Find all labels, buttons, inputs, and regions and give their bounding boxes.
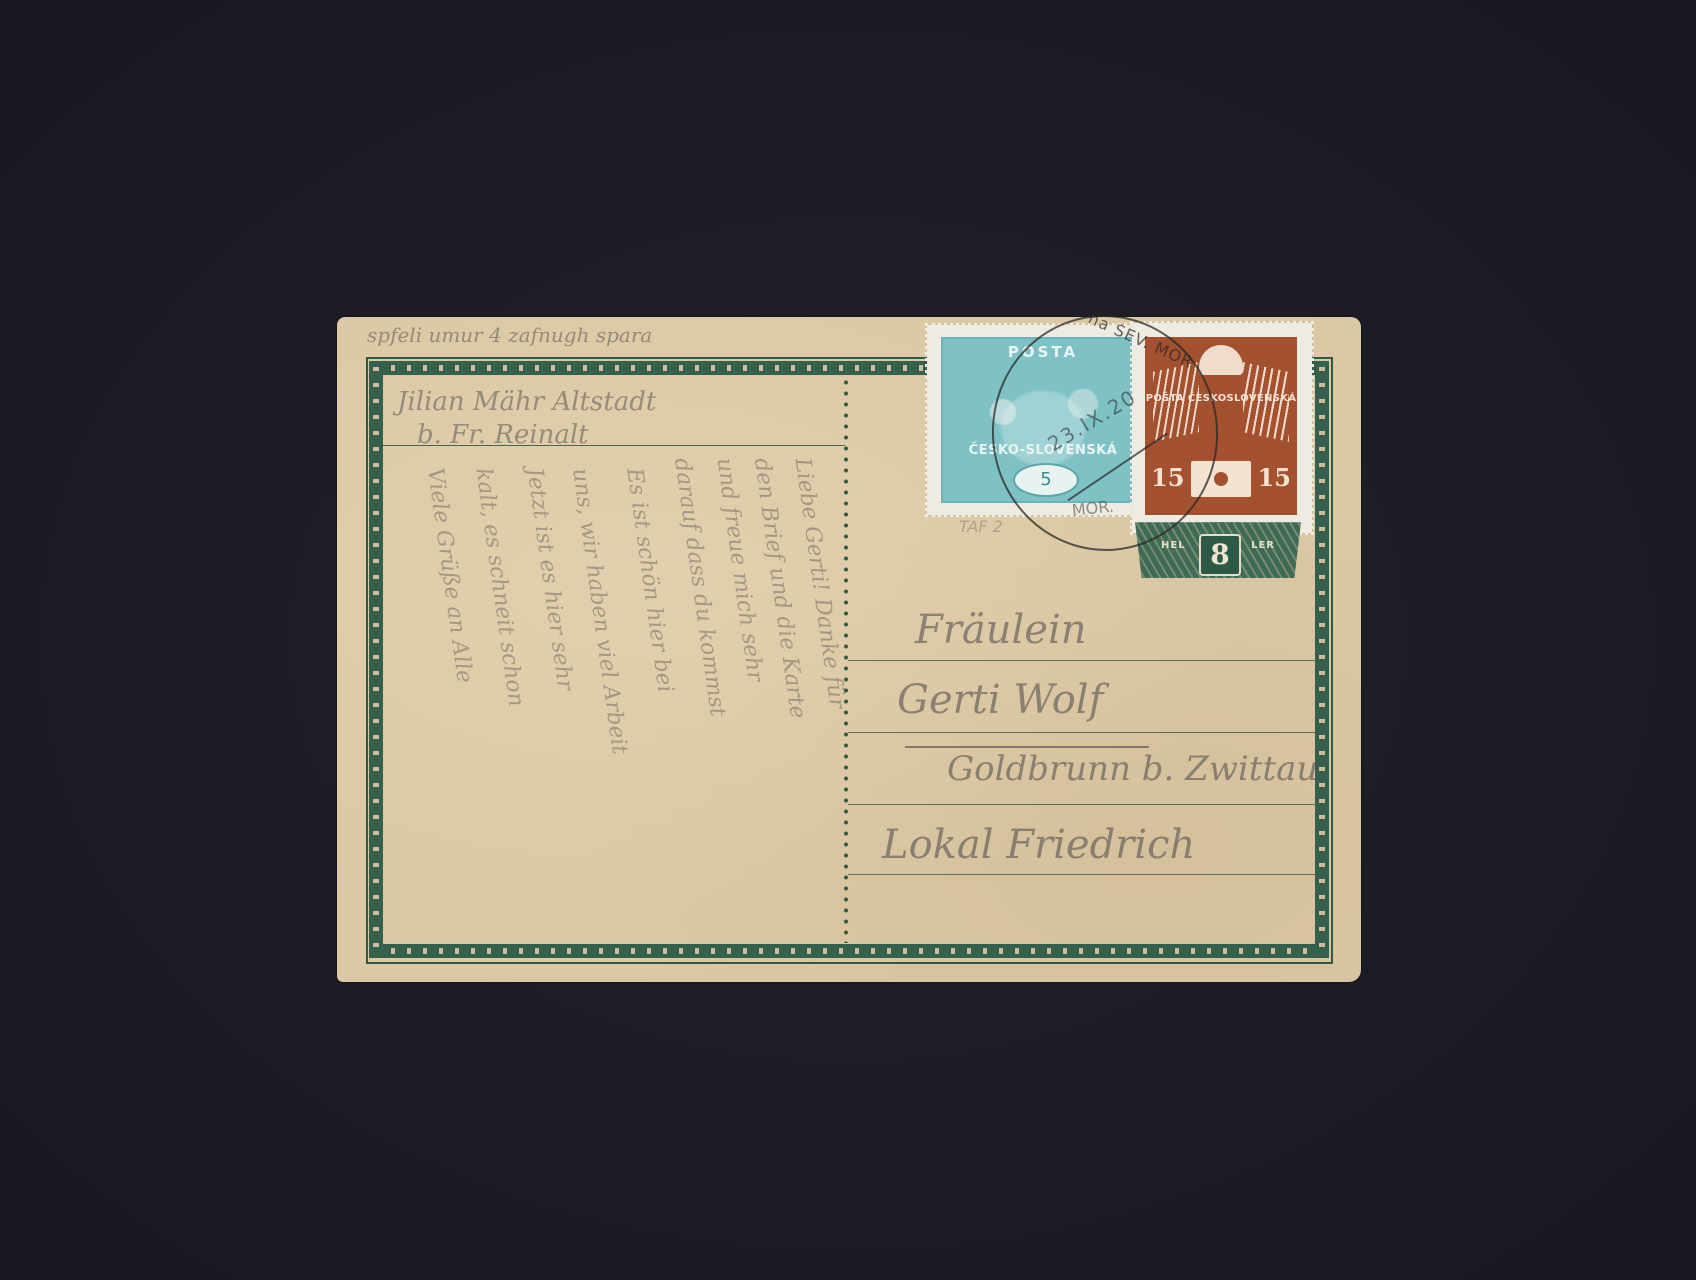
frame-border-left [369, 361, 383, 958]
frame-border-right [1315, 361, 1329, 958]
address-line [848, 660, 1315, 661]
address-line [848, 732, 1315, 733]
postmark-bar [1067, 432, 1168, 501]
indicium-value: 8 [1199, 534, 1241, 576]
postmark-bottom-text: MOR. [1071, 497, 1115, 520]
address-line-4: Lokal Friedrich [882, 822, 1195, 868]
pencil-catalog-note: TAF 2 [959, 517, 1003, 536]
indicium-label-left: HEL [1161, 540, 1186, 551]
address-line-1: Fräulein [915, 607, 1087, 653]
postcard: spfeli umur 4 zafnugh spara Jilian Mähr … [337, 317, 1361, 982]
handwritten-top-margin: spfeli umur 4 zafnugh spara [367, 323, 652, 347]
frame-border-bottom [369, 944, 1329, 958]
handwritten-sender-line: b. Fr. Reinalt [417, 420, 589, 450]
address-line-2: Gerti Wolf [897, 677, 1103, 723]
address-line [848, 874, 1315, 875]
postmark-date: 23.IX.20 [1044, 384, 1141, 456]
strikethrough-line [905, 746, 1149, 748]
stamp-value-right: 15 [1258, 463, 1291, 492]
indicium-label-right: LER [1251, 540, 1275, 551]
address-line-3: Goldbrunn b. Zwittau [947, 749, 1318, 789]
handwritten-sender-line: Jilian Mähr Altstadt [397, 387, 656, 417]
dove-head-icon [1199, 345, 1243, 375]
address-line [848, 804, 1315, 805]
